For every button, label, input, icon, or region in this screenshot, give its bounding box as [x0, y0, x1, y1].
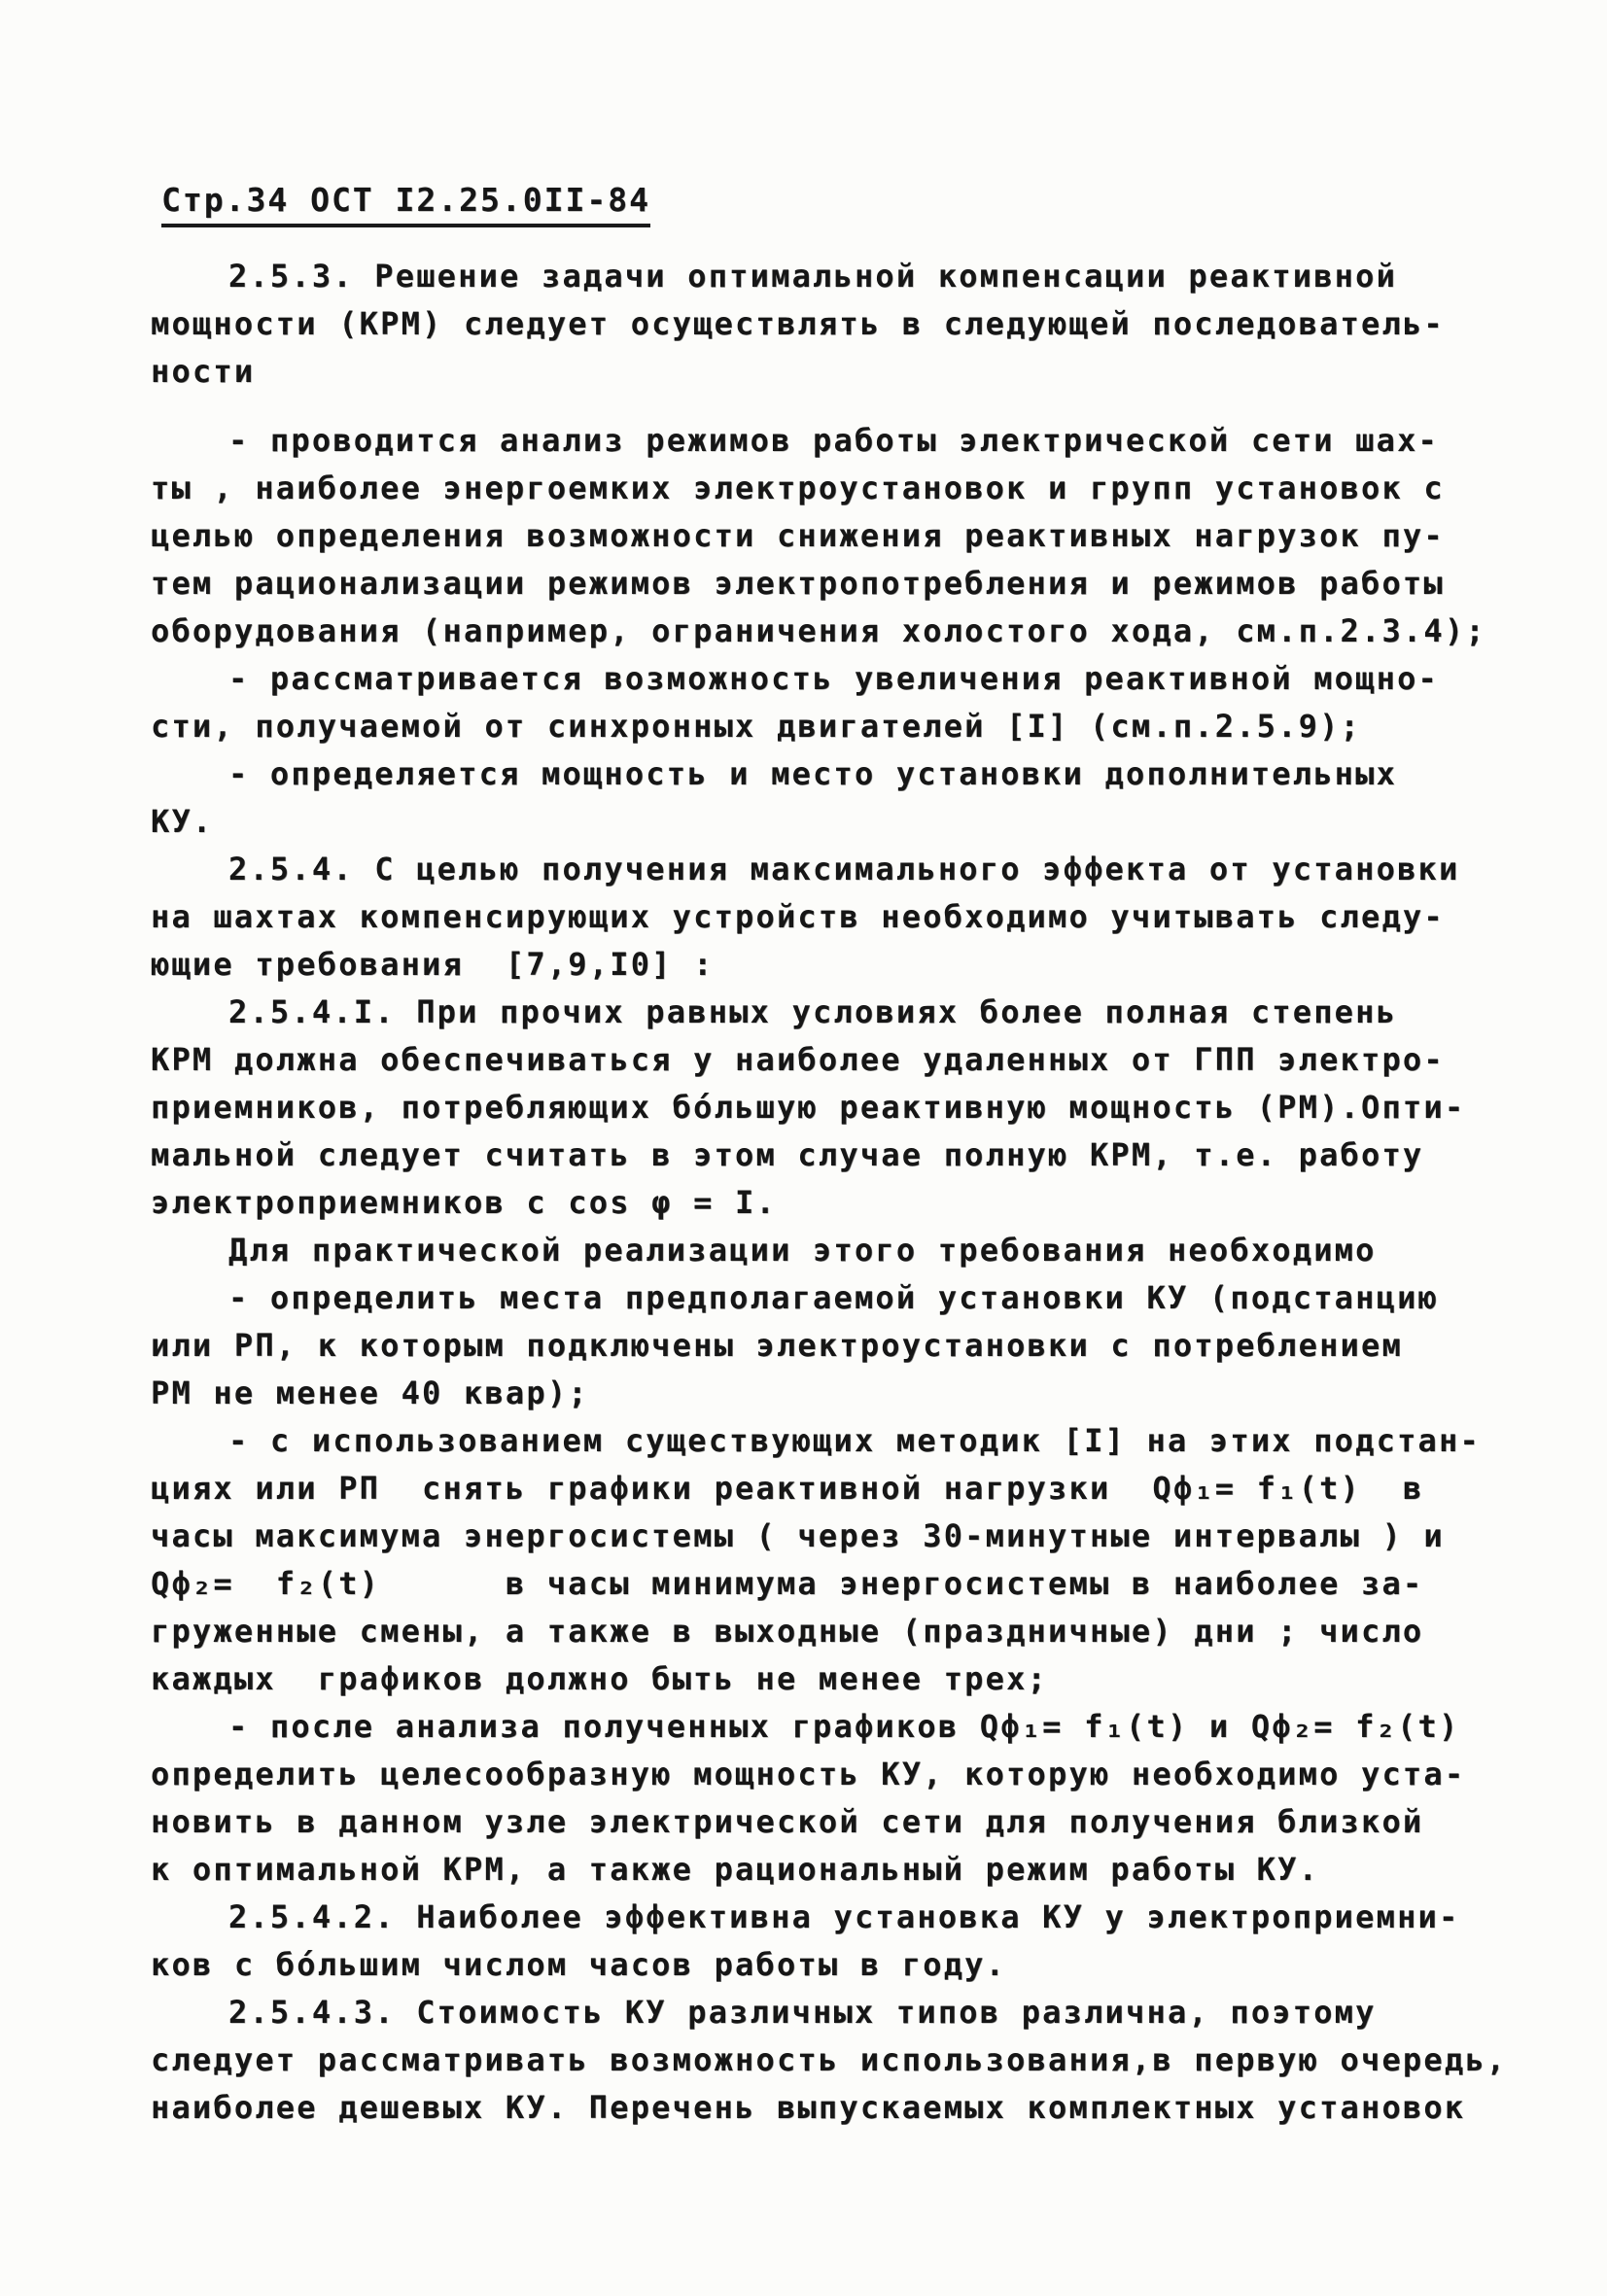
text-line: 2.5.3. Решение задачи оптимальной компен…: [151, 253, 1531, 300]
text-line: ты , наиболее энергоемких электроустанов…: [151, 465, 1531, 512]
text-line: 2.5.4.I. При прочих равных условиях боле…: [151, 989, 1531, 1036]
text-line: КУ.: [151, 798, 1531, 846]
text-line: целью определения возможности снижения р…: [151, 512, 1531, 560]
text-line: - рассматривается возможность увеличения…: [151, 655, 1531, 703]
text-line: электроприемников с cos φ = I.: [151, 1179, 1531, 1227]
document-body: 2.5.3. Решение задачи оптимальной компен…: [151, 253, 1531, 2132]
text-line: или РП, к которым подключены электроуста…: [151, 1322, 1531, 1370]
text-line: новить в данном узле электрической сети …: [151, 1798, 1531, 1846]
text-line: КРМ должна обеспечиваться у наиболее уда…: [151, 1036, 1531, 1084]
text-line: мощности (КРМ) следует осуществлять в сл…: [151, 300, 1531, 348]
text-line: на шахтах компенсирующих устройств необх…: [151, 893, 1531, 941]
text-line: груженные смены, а также в выходные (пра…: [151, 1608, 1531, 1655]
text-line: циях или РП снять графики реактивной наг…: [151, 1465, 1531, 1513]
scanned-document-page: Стр.34 ОСТ I2.25.0II-84 2.5.3. Решение з…: [0, 0, 1607, 2296]
text-line: - определить места предполагаемой устано…: [151, 1274, 1531, 1322]
text-line: ности: [151, 348, 1531, 396]
text-line: мальной следует считать в этом случае по…: [151, 1131, 1531, 1179]
text-line: Qф₂= f₂(t) в часы минимума энергосистемы…: [151, 1560, 1531, 1608]
text-line: следует рассматривать возможность исполь…: [151, 2036, 1531, 2084]
text-line: каждых графиков должно быть не менее тре…: [151, 1655, 1531, 1703]
text-line: - с использованием существующих методик …: [151, 1417, 1531, 1465]
text-line: 2.5.4.3. Стоимость КУ различных типов ра…: [151, 1989, 1531, 2036]
text-line: ющие требования [7,9,I0] :: [151, 941, 1531, 989]
text-line: оборудования (например, ограничения холо…: [151, 608, 1531, 655]
text-line: сти, получаемой от синхронных двигателей…: [151, 703, 1531, 750]
text-line: 2.5.4. С целью получения максимального э…: [151, 846, 1531, 893]
text-line: наиболее дешевых КУ. Перечень выпускаемы…: [151, 2084, 1531, 2132]
text-line: часы максимума энергосистемы ( через 30-…: [151, 1513, 1531, 1560]
text-line: - определяется мощность и место установк…: [151, 750, 1531, 798]
text-line: определить целесообразную мощность КУ, к…: [151, 1751, 1531, 1798]
text-line: - проводится анализ режимов работы элект…: [151, 417, 1531, 465]
text-line: к оптимальной КРМ, а также рациональный …: [151, 1846, 1531, 1894]
page-header: Стр.34 ОСТ I2.25.0II-84: [161, 181, 650, 227]
text-line: ков с бо́льшим числом часов работы в год…: [151, 1941, 1531, 1989]
text-line: тем рационализации режимов электропотреб…: [151, 560, 1531, 608]
text-line: приемников, потребляющих бо́льшую реакти…: [151, 1084, 1531, 1131]
text-line: Для практической реализации этого требов…: [151, 1227, 1531, 1274]
text-line: - после анализа полученных графиков Qф₁=…: [151, 1703, 1531, 1751]
text-line: РМ не менее 40 квар);: [151, 1370, 1531, 1417]
text-line: 2.5.4.2. Наиболее эффективна установка К…: [151, 1894, 1531, 1941]
